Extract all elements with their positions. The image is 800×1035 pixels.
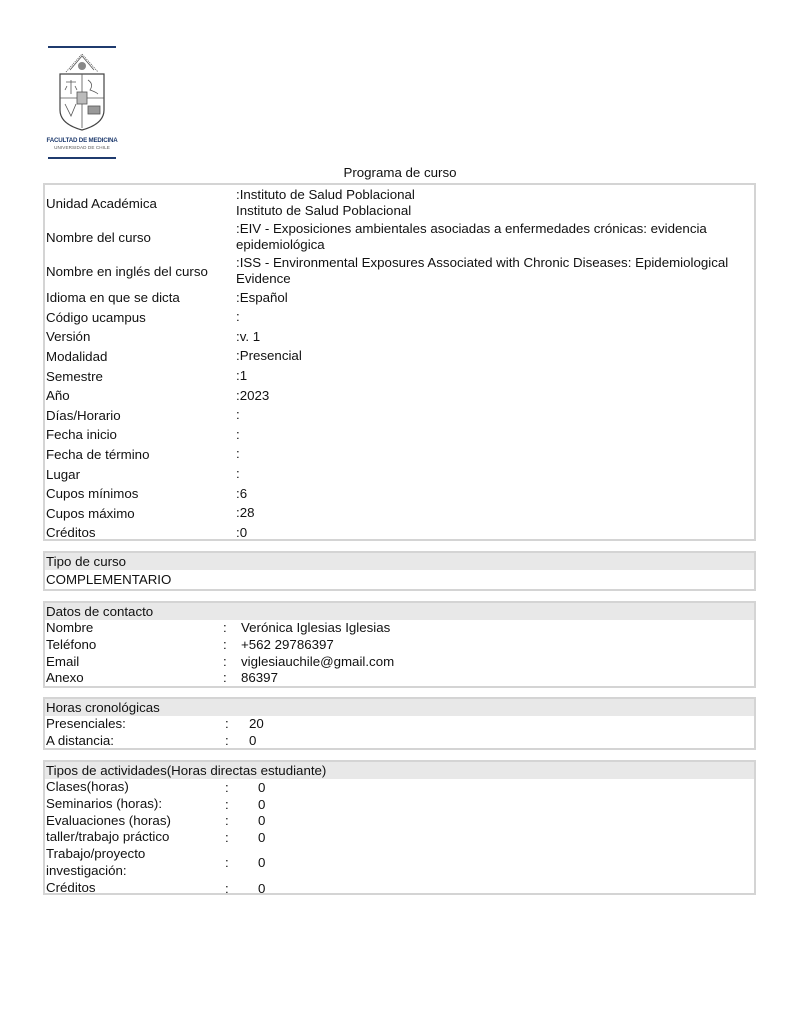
contact-row: Email:viglesiauchile@gmail.com xyxy=(45,654,754,671)
info-label: Fecha inicio xyxy=(45,427,236,442)
info-value: :1 xyxy=(236,368,754,384)
info-row: Código ucampus: xyxy=(45,308,754,328)
info-row: Cupos mínimos:6 xyxy=(45,484,754,504)
info-row: Nombre en inglés del curso:ISS - Environ… xyxy=(45,254,754,288)
activity-row: Evaluaciones (horas):0 xyxy=(45,813,754,830)
activity-value: 0 xyxy=(258,830,754,845)
activity-value: 0 xyxy=(258,813,754,828)
contact-label: Anexo xyxy=(45,670,223,687)
info-row: Fecha inicio: xyxy=(45,425,754,445)
info-label: Cupos mínimos xyxy=(45,486,236,501)
info-row: Modalidad:Presencial xyxy=(45,347,754,367)
contact-row: Anexo:86397 xyxy=(45,670,754,687)
separator: : xyxy=(225,733,249,750)
info-value: : xyxy=(236,309,754,325)
activity-value: 0 xyxy=(258,881,754,896)
activity-label: Clases(horas) xyxy=(45,779,225,796)
separator: : xyxy=(223,637,241,654)
separator: : xyxy=(225,813,258,828)
activity-value: 0 xyxy=(258,780,754,795)
contact-label: Email xyxy=(45,654,223,671)
activity-label: Trabajo/proyectoinvestigación: xyxy=(45,846,225,880)
info-value: :ISS - Environmental Exposures Associate… xyxy=(236,255,754,287)
contact-label: Nombre xyxy=(45,620,223,637)
info-label: Idioma en que se dicta xyxy=(45,290,236,305)
hours-value: 20 xyxy=(249,716,754,733)
info-value: :Español xyxy=(236,290,754,306)
activity-label: taller/trabajo práctico xyxy=(45,829,225,846)
hours-heading: Horas cronológicas xyxy=(45,699,754,716)
university-crest-icon xyxy=(52,52,112,132)
separator: : xyxy=(225,797,258,812)
info-value: :Instituto de Salud PoblacionalInstituto… xyxy=(236,187,754,219)
info-value: :2023 xyxy=(236,388,754,404)
activity-row: Seminarios (horas)::0 xyxy=(45,796,754,813)
info-label: Fecha de término xyxy=(45,447,236,462)
contact-heading: Datos de contacto xyxy=(45,603,754,620)
hours-label: Presenciales: xyxy=(45,716,225,733)
info-label: Días/Horario xyxy=(45,408,236,423)
activity-row: taller/trabajo práctico:0 xyxy=(45,829,754,846)
info-value: : xyxy=(236,446,754,462)
logo-bottom-rule xyxy=(48,157,116,159)
activity-value: 0 xyxy=(258,797,754,812)
activity-value: 0 xyxy=(258,855,754,870)
info-value: :6 xyxy=(236,486,754,502)
contact-value: 86397 xyxy=(241,670,754,687)
separator: : xyxy=(225,780,258,795)
hours-section: Horas cronológicas Presenciales::20A dis… xyxy=(43,697,756,750)
contact-section: Datos de contacto Nombre:Verónica Iglesi… xyxy=(43,601,756,688)
contact-row: Teléfono:+562 29786397 xyxy=(45,637,754,654)
info-row: Idioma en que se dicta:Español xyxy=(45,288,754,308)
info-label: Modalidad xyxy=(45,349,236,364)
general-info-table: Unidad Académica:Instituto de Salud Pobl… xyxy=(43,183,756,541)
activities-section: Tipos de actividades(Horas directas estu… xyxy=(43,760,756,895)
info-label: Nombre en inglés del curso xyxy=(45,264,236,279)
info-label: Unidad Académica xyxy=(45,196,236,211)
course-type-section: Tipo de curso COMPLEMENTARIO xyxy=(43,551,756,591)
info-value: :v. 1 xyxy=(236,329,754,345)
activities-heading: Tipos de actividades(Horas directas estu… xyxy=(45,762,754,779)
page-title: Programa de curso xyxy=(0,165,800,180)
logo-faculty-name: FACULTAD DE MEDICINA xyxy=(46,137,118,144)
info-value: :0 xyxy=(236,525,754,541)
separator: : xyxy=(225,855,258,870)
info-value: : xyxy=(236,427,754,443)
info-row: Lugar: xyxy=(45,464,754,484)
separator: : xyxy=(225,881,258,896)
info-label: Nombre del curso xyxy=(45,230,236,245)
info-label: Créditos xyxy=(45,525,236,540)
course-type-heading: Tipo de curso xyxy=(45,553,754,570)
info-label: Versión xyxy=(45,329,236,344)
logo-university-name: UNIVERSIDAD DE CHILE xyxy=(46,145,118,150)
info-label: Lugar xyxy=(45,467,236,482)
separator: : xyxy=(223,670,241,687)
hours-value: 0 xyxy=(249,733,754,750)
info-row: Días/Horario: xyxy=(45,406,754,426)
separator: : xyxy=(223,620,241,637)
hours-label: A distancia: xyxy=(45,733,225,750)
info-value: : xyxy=(236,466,754,482)
info-value: :28 xyxy=(236,505,754,521)
activity-row: Clases(horas):0 xyxy=(45,779,754,796)
info-row: Versión:v. 1 xyxy=(45,327,754,347)
activity-row: Créditos:0 xyxy=(45,880,754,897)
info-row: Créditos:0 xyxy=(45,523,754,543)
info-label: Código ucampus xyxy=(45,310,236,325)
activity-label: Créditos xyxy=(45,880,225,897)
info-label: Semestre xyxy=(45,369,236,384)
info-value: :EIV - Exposiciones ambientales asociada… xyxy=(236,221,754,253)
logo-top-rule xyxy=(48,46,116,48)
contact-label: Teléfono xyxy=(45,637,223,654)
contact-value: +562 29786397 xyxy=(241,637,754,654)
info-row: Nombre del curso:EIV - Exposiciones ambi… xyxy=(45,220,754,254)
course-type-value: COMPLEMENTARIO xyxy=(45,570,754,589)
faculty-logo: FACULTAD DE MEDICINA UNIVERSIDAD DE CHIL… xyxy=(46,46,118,162)
info-row: Unidad Académica:Instituto de Salud Pobl… xyxy=(45,186,754,220)
activity-label: Evaluaciones (horas) xyxy=(45,813,225,830)
info-value: :Presencial xyxy=(236,348,754,364)
info-row: Cupos máximo:28 xyxy=(45,504,754,524)
separator: : xyxy=(225,716,249,733)
separator: : xyxy=(225,830,258,845)
contact-value: viglesiauchile@gmail.com xyxy=(241,654,754,671)
info-row: Fecha de término: xyxy=(45,445,754,465)
separator: : xyxy=(223,654,241,671)
info-label: Cupos máximo xyxy=(45,506,236,521)
activity-label: Seminarios (horas): xyxy=(45,796,225,813)
hours-row: A distancia::0 xyxy=(45,733,754,750)
info-label: Año xyxy=(45,388,236,403)
contact-value: Verónica Iglesias Iglesias xyxy=(241,620,754,637)
contact-row: Nombre:Verónica Iglesias Iglesias xyxy=(45,620,754,637)
info-value: : xyxy=(236,407,754,423)
info-row: Semestre:1 xyxy=(45,366,754,386)
info-row: Año:2023 xyxy=(45,386,754,406)
activity-row: Trabajo/proyectoinvestigación::0 xyxy=(45,846,754,880)
hours-row: Presenciales::20 xyxy=(45,716,754,733)
